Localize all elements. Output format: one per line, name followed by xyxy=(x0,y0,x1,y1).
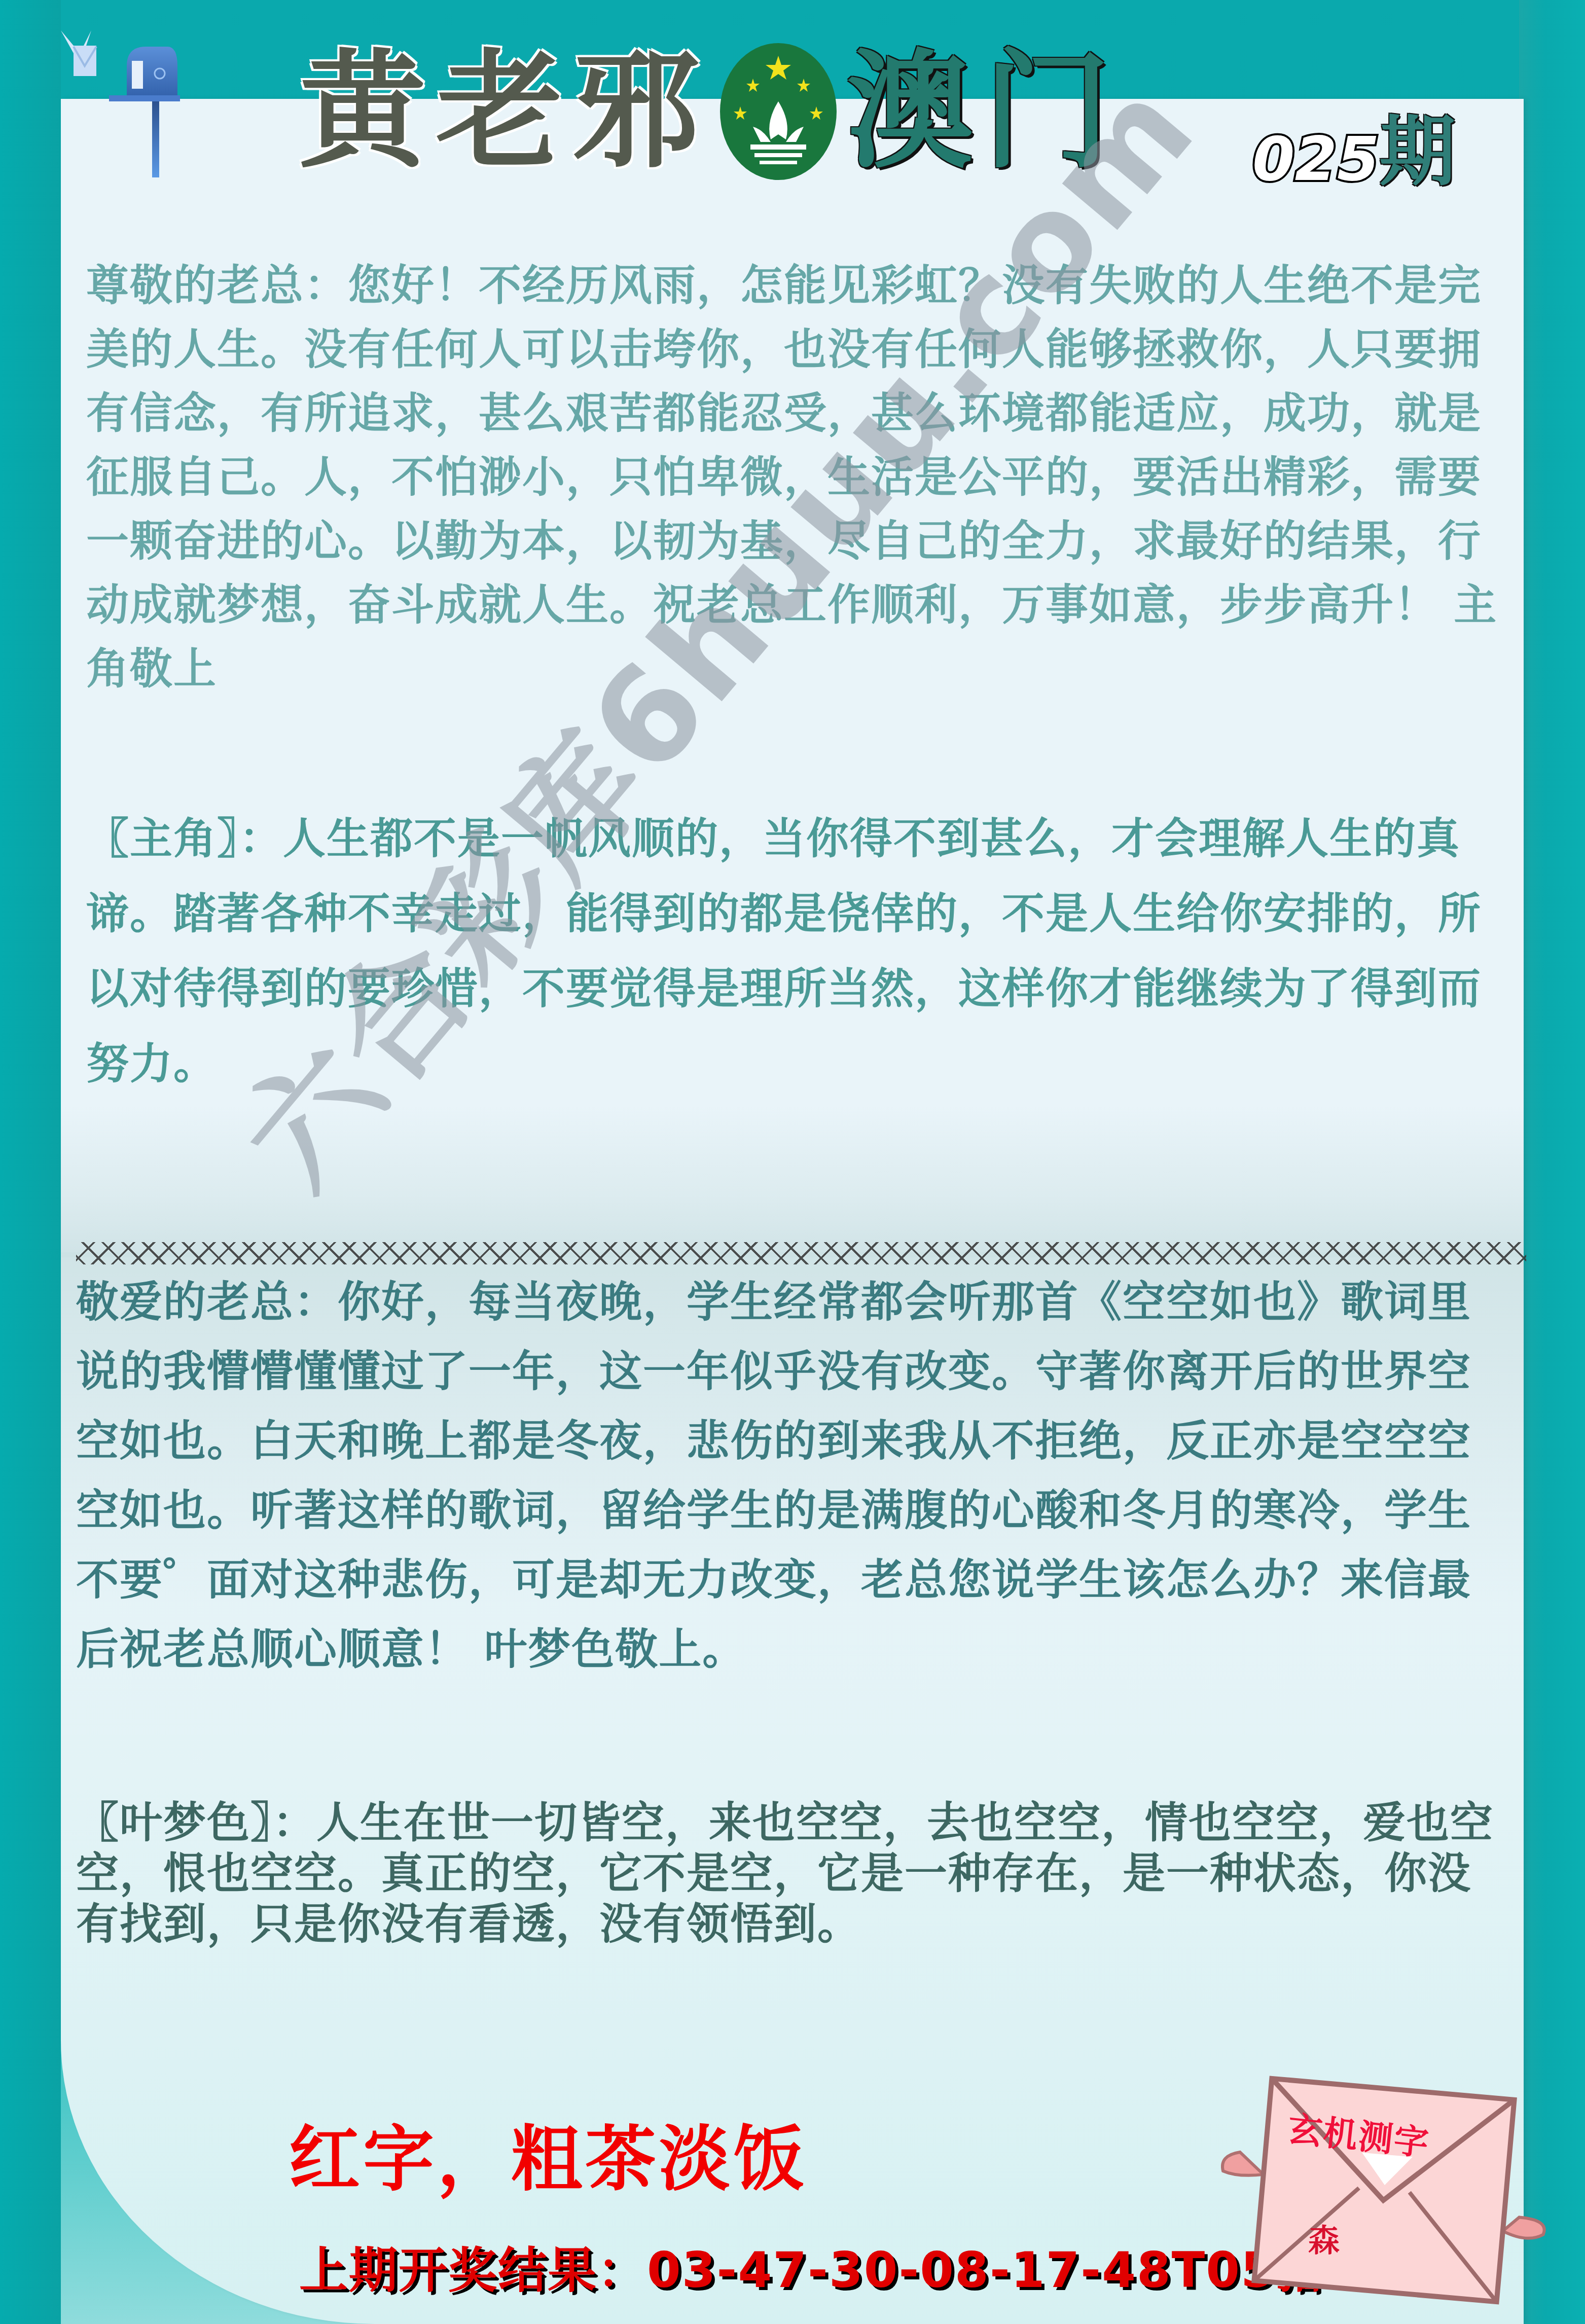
issue-badge: 025 期 xyxy=(1252,114,1456,190)
frame-right xyxy=(1519,0,1585,2324)
last-result: 上期开奖结果：03-47-30-08-17-48T05猪 xyxy=(299,2246,1325,2295)
frame-left xyxy=(0,0,61,2324)
envelope-character: 森 xyxy=(1308,2216,1340,2261)
section-divider xyxy=(76,1242,1526,1264)
macau-emblem-icon xyxy=(715,41,842,183)
page-title: 黄老邪 澳门 xyxy=(299,35,1121,188)
last-result-label: 上期开奖结果： xyxy=(299,2242,647,2299)
winged-envelope-icon xyxy=(1207,2068,1562,2312)
reply-paragraph-2: 〖叶梦色〗：人生在世一切皆空，来也空空，去也空空，情也空空，爱也空空，恨也空空。… xyxy=(76,1797,1496,1949)
letter-paragraph-1: 尊敬的老总：您好！不经历风雨，怎能见彩虹？没有失败的人生绝不是完美的人生。没有任… xyxy=(86,253,1506,701)
mailbox-icon xyxy=(51,10,264,177)
title-right: 澳门 xyxy=(847,48,1121,175)
title-left: 黄老邪 xyxy=(299,48,710,175)
reply-paragraph-1: 〖主角〗：人生都不是一帆风顺的，当你得不到甚么，才会理解人生的真谛。踏著各种不幸… xyxy=(86,801,1506,1101)
issue-suffix: 期 xyxy=(1380,114,1456,190)
red-slogan: 红字，粗茶淡饭 xyxy=(289,2124,807,2195)
paper-shadow-band xyxy=(61,1105,1524,1257)
letter-paragraph-2: 敬爱的老总：你好，每当夜晚，学生经常都会听那首《空空如也》歌词里说的我懵懵懂懂过… xyxy=(76,1267,1496,1684)
issue-number: 025 xyxy=(1252,129,1380,190)
